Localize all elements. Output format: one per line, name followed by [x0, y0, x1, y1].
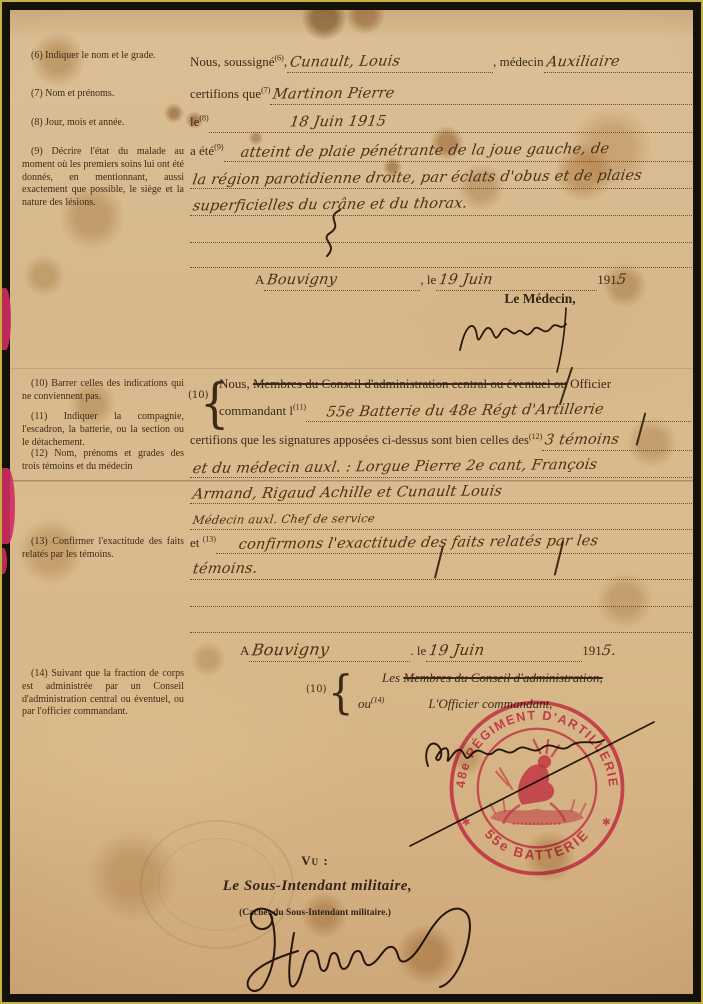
nous-officier-row: Nous, Membres du Conseil d'administratio… — [219, 374, 689, 394]
wound-line-3: superficielles du crâne et du thorax. — [190, 195, 692, 216]
year-printed-2: 191 — [582, 641, 602, 661]
date-line-2: 19 Juin — [426, 640, 582, 662]
officier-label: Officier — [567, 374, 611, 394]
officier-signature — [398, 706, 666, 854]
soussigne-row: Nous, soussigné(6), Cunault, Louis , méd… — [190, 52, 692, 73]
handwritten-place-2: Bouvigny — [251, 640, 331, 661]
margin-note-13: (13) Confirmer l'exactitude des faits re… — [22, 536, 184, 562]
witness-row-1: et du médecin auxl. : Lorgue Pierre 2e c… — [190, 457, 692, 478]
doctor-name-line: Cunault, Louis — [287, 52, 493, 73]
witness-row-2: Armand, Rigaud Achille et Cunault Louis — [190, 483, 692, 504]
confirm-row-2: témoins. — [190, 559, 692, 580]
handwritten-patient-name: Martinon Pierre — [272, 83, 396, 104]
year-printed: 191 — [597, 270, 617, 290]
handwritten-unit: 55e Batterie du 48e Régt d'Artillerie — [325, 400, 605, 423]
blank-row — [190, 612, 692, 633]
doctor-grade-line: Auxiliaire — [544, 52, 692, 73]
medecin-label: , médecin — [493, 52, 544, 72]
sous-intendant-label: Le Sous-Intendant militaire, — [175, 878, 460, 895]
closing-squiggle-mark — [318, 206, 346, 262]
confirm-line-1: confirmons l'exactitude des faits relaté… — [216, 533, 692, 554]
struck-membres-text: Membres du Conseil d'administration, — [403, 668, 602, 688]
brace-signataires: { — [328, 667, 353, 720]
margin-note-10: (10) Barrer celles des indications qui n… — [22, 378, 184, 404]
handwritten-doctor-role: Médecin auxl. Chef de service — [191, 508, 376, 530]
witness-line-1: et du médecin auxl. : Lorgue Pierre 2e c… — [190, 457, 692, 478]
wound-date-line: 18 Juin 1915 — [209, 112, 692, 133]
fold-crease-upper — [10, 368, 693, 369]
membres-row: Les Membres du Conseil d'administration, — [382, 668, 682, 688]
soussigne-label: Nous, soussigné(6), — [190, 52, 287, 72]
vu-label: Vu : — [250, 853, 380, 869]
witness-row-3: Médecin auxl. Chef de service — [190, 509, 692, 530]
et-label: et (13) — [190, 533, 216, 553]
margin-note-8: (8) Jour, mois et année. — [22, 117, 184, 130]
certifions-row: certifions que(7) Martinon Pierre — [190, 84, 692, 105]
place-line-2: Bouvigny — [249, 640, 410, 662]
wound-row-2: la région parotidienne droite, par éclat… — [190, 168, 692, 189]
a-label: A — [255, 270, 264, 290]
date-row: le(8) 18 Juin 1915 — [190, 112, 692, 133]
wound-row-3: superficielles du crâne et du thorax. — [190, 195, 692, 216]
unit-line: 55e Batterie du 48e Régt d'Artillerie — [306, 401, 691, 422]
le-label-2: . le — [410, 641, 426, 661]
nous-label: Nous, — [219, 374, 253, 394]
red-edge-fragment — [0, 468, 15, 544]
handwritten-wound-1: atteint de plaie pénétrante de la joue g… — [239, 139, 611, 163]
place-line: Bouvigny — [264, 270, 420, 291]
document-page: (6) Indiquer le nom et le grade. (7) Nom… — [0, 0, 703, 1004]
handwritten-year-digit-2: 5. — [600, 641, 617, 661]
witness-line-2: Armand, Rigaud Achille et Cunault Louis — [190, 483, 692, 504]
struck-conseil-text: Membres du Conseil d'administration cent… — [253, 374, 567, 394]
aete-label: a été(9) — [190, 141, 224, 161]
place-date-row-2: A Bouvigny . le 19 Juin 191 5. — [240, 640, 670, 662]
red-edge-fragment — [0, 288, 11, 350]
commandant-row: commandant l(11) 55e Batterie du 48e Rég… — [219, 401, 691, 422]
handwritten-doctor-grade: Auxiliaire — [545, 52, 621, 73]
handwritten-witnesses-2: Armand, Rigaud Achille et Cunault Louis — [191, 481, 503, 504]
witness-line-3: Médecin auxl. Chef de service — [190, 509, 692, 530]
patient-name-line: Martinon Pierre — [270, 84, 692, 105]
margin-note-14: (14) Suivant que la fraction de corps es… — [22, 668, 184, 719]
ou-label: ou(14) — [358, 694, 384, 714]
margin-note-11: (11) Indiquer la compagnie, l'escadron, … — [22, 411, 184, 449]
a-label-2: A — [240, 641, 249, 661]
medecin-signature — [452, 302, 587, 374]
wound-line-1: atteint de plaie pénétrante de la joue g… — [224, 141, 693, 162]
red-edge-fragment — [0, 548, 7, 574]
commandant-label: commandant l(11) — [219, 401, 306, 421]
place-date-row-1: A Bouvigny , le 19 Juin 191 5 — [255, 270, 675, 291]
le-label: le(8) — [190, 112, 209, 132]
handwritten-confirm-2: témoins. — [191, 559, 259, 580]
handwritten-witnesses-1: et du médecin auxl. : Lorgue Pierre 2e c… — [191, 455, 598, 479]
witness-count-line: 3 témoins — [542, 430, 692, 451]
le2-label: , le — [420, 270, 436, 290]
signatures-label: certifions que les signatures apposées c… — [190, 430, 542, 450]
handwritten-place: Bouvigny — [266, 270, 339, 291]
handwritten-wound-2: la région parotidienne droite, par éclat… — [191, 166, 643, 191]
blank-row — [190, 247, 692, 268]
handwritten-year-digit: 5 — [615, 270, 627, 290]
certifions-label: certifions que(7) — [190, 84, 270, 104]
les-label: Les — [382, 668, 403, 688]
wound-line-2: la région parotidienne droite, par éclat… — [190, 168, 692, 189]
handwritten-date-2: 19 Juin — [428, 640, 486, 661]
wound-row-1: a été(9) atteint de plaie pénétrante de … — [190, 141, 692, 162]
handwritten-witness-count: 3 témoins — [544, 430, 621, 451]
margin-note-6: (6) Indiquer le nom et le grade. — [22, 50, 184, 63]
margin-note-12: (12) Nom, prénoms et grades des trois té… — [22, 448, 184, 474]
handwritten-doctor-name: Cunault, Louis — [289, 51, 402, 72]
date-line: 19 Juin — [436, 270, 597, 291]
margin-note-9: (9) Décrire l'état du malade au moment o… — [22, 146, 184, 210]
margin-note-7: (7) Nom et prénoms. — [22, 88, 184, 101]
handwritten-wound-date: 18 Juin 1915 — [288, 111, 387, 132]
confirm-line-2: témoins. — [190, 559, 692, 580]
signatures-certify-row: certifions que les signatures apposées c… — [190, 430, 692, 451]
handwritten-confirm-1: confirmons l'exactitude des faits relaté… — [237, 531, 599, 555]
blank-row — [190, 222, 692, 243]
sous-intendant-signature — [232, 895, 502, 995]
handwritten-date: 19 Juin — [438, 270, 495, 291]
blank-row — [190, 586, 692, 607]
